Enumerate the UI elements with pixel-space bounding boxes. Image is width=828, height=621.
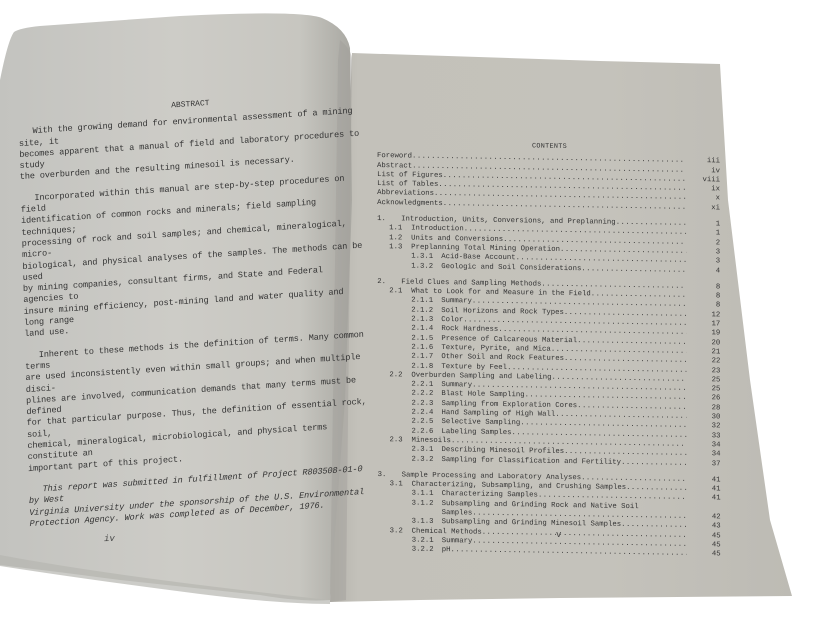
abstract-paragraph: This report was submitted in fulfillment… <box>28 463 374 530</box>
toc-entry-page: 25 <box>686 385 722 395</box>
toc-entry-number: 2.2.6 <box>411 427 441 437</box>
abstract-paragraph: Inherent to these methods is the definit… <box>25 329 373 475</box>
toc-entry-number: 2.2.4 <box>411 409 441 419</box>
toc-entry-number: 3.1.1 <box>412 490 442 500</box>
abstract-paragraph: Incorporated within this manual are step… <box>20 172 368 341</box>
contents-list: ForewordiiiAbstractivList of Figuresviii… <box>377 152 723 560</box>
toc-entry-number: 3.2.1 <box>412 536 442 546</box>
toc-entry-page: 30 <box>686 413 722 423</box>
toc-entry-label: Abstract <box>377 162 412 172</box>
toc-entry-number: 2.2.1 <box>411 381 441 391</box>
toc-entry-number: 1.2 <box>389 234 411 244</box>
toc-entry-page: xi <box>686 204 722 214</box>
toc-entry-page: 19 <box>686 329 722 339</box>
toc-entry-page: 2 <box>686 239 722 249</box>
toc-entry-page: 3 <box>686 248 722 258</box>
open-booklet: ABSTRACT With the growing demand for env… <box>0 0 828 621</box>
toc-entry-page: 8 <box>686 301 722 311</box>
toc-entry-page: 8 <box>686 292 722 302</box>
toc-entry-number: 2.1.4 <box>411 325 441 335</box>
toc-entry-number: 2.2.5 <box>411 418 441 428</box>
toc-entry-page: 4 <box>686 266 722 276</box>
toc-entry-page: 23 <box>686 366 722 376</box>
toc-entry-page: 41 <box>687 494 723 504</box>
toc-entry-number: 2.1.1 <box>411 297 441 307</box>
toc-entry-page: 12 <box>686 311 722 321</box>
toc-entry-number: 2.1.6 <box>411 344 441 354</box>
toc-entry-number: 2.1 <box>389 287 411 297</box>
table-of-contents: CONTENTS ForewordiiiAbstractivList of Fi… <box>377 140 723 560</box>
toc-entry-number: 2.1.5 <box>411 334 441 344</box>
toc-entry-number: 2.2.3 <box>411 399 441 409</box>
toc-entry-page: 43 <box>687 522 723 532</box>
toc-entry-number: 2.3.2 <box>412 455 442 465</box>
toc-entry-page: 45 <box>687 531 723 541</box>
toc-entry-page: 1 <box>686 220 722 230</box>
toc-entry-page: 45 <box>687 550 723 560</box>
toc-entry-number: 1. <box>377 215 401 225</box>
toc-entry-number: 2.3.1 <box>412 446 442 456</box>
toc-entry-page: 21 <box>686 348 722 358</box>
dot-leader <box>621 458 686 468</box>
toc-entry-number: 2.2.2 <box>411 390 441 400</box>
toc-entry-number: 1.3.2 <box>411 262 441 272</box>
toc-entry-label: Foreword <box>377 152 412 162</box>
toc-entry-page: 28 <box>686 404 722 414</box>
toc-entry-page: 3 <box>686 257 722 267</box>
toc-entry-label: Acknowledgments <box>377 199 443 209</box>
toc-entry-page: ix <box>686 185 722 195</box>
toc-entry-page: 26 <box>686 394 722 404</box>
toc-entry-number: 2.1.3 <box>411 316 441 326</box>
toc-entry-page: 32 <box>686 422 722 432</box>
dot-leader <box>581 265 686 276</box>
toc-entry-number: 2.1.2 <box>411 306 441 316</box>
toc-entry-number: 3.2 <box>390 527 412 537</box>
toc-entry-number: 2.1.8 <box>411 362 441 372</box>
toc-entry-number: 3.2.2 <box>412 546 442 556</box>
toc-entry-page: 22 <box>686 357 722 367</box>
toc-entry-number: 2.1.7 <box>411 353 441 363</box>
toc-entry-label: Samples <box>442 509 473 519</box>
toc-entry-page: x <box>686 194 722 204</box>
toc-entry-label: pH <box>442 546 451 555</box>
toc-entry-page: viii <box>686 176 722 186</box>
toc-entry-number: 3.1 <box>390 480 412 490</box>
toc-entry-page: 37 <box>687 459 723 469</box>
left-page-number: iv <box>104 534 115 544</box>
toc-entry-number: 1.1 <box>389 225 411 235</box>
toc-entry-number: 2. <box>377 278 401 288</box>
toc-entry-number: 3. <box>378 471 402 481</box>
right-page-number: v <box>556 530 561 540</box>
toc-entry-page: 17 <box>686 320 722 330</box>
toc-entry-number: 3.1.3 <box>412 518 442 528</box>
toc-entry-page: 8 <box>686 283 722 293</box>
toc-entry-page: 42 <box>687 513 723 523</box>
toc-entry-number: 3.1.2 <box>412 499 442 509</box>
toc-entry-label: Summary <box>442 537 473 547</box>
toc-entry-number: 1.3.1 <box>411 253 441 263</box>
toc-entry-page: 33 <box>686 432 722 442</box>
toc-entry-page: 41 <box>687 485 723 495</box>
toc-entry-page: 25 <box>686 376 722 386</box>
abstract-section: ABSTRACT With the growing demand for env… <box>18 88 374 540</box>
toc-entry-page: iv <box>686 166 722 176</box>
toc-entry-page: iii <box>686 157 722 167</box>
toc-entry-number: 2.2 <box>389 371 411 381</box>
toc-entry-label: Summary <box>441 381 472 391</box>
toc-entry-number: 2.3 <box>390 436 412 446</box>
toc-entry-number: 1.3 <box>389 243 411 253</box>
toc-entry-page: 34 <box>686 450 722 460</box>
toc-entry-page: 41 <box>687 476 723 486</box>
toc-entry-label: Summary <box>441 297 472 307</box>
toc-entry-label: Color <box>441 316 463 326</box>
